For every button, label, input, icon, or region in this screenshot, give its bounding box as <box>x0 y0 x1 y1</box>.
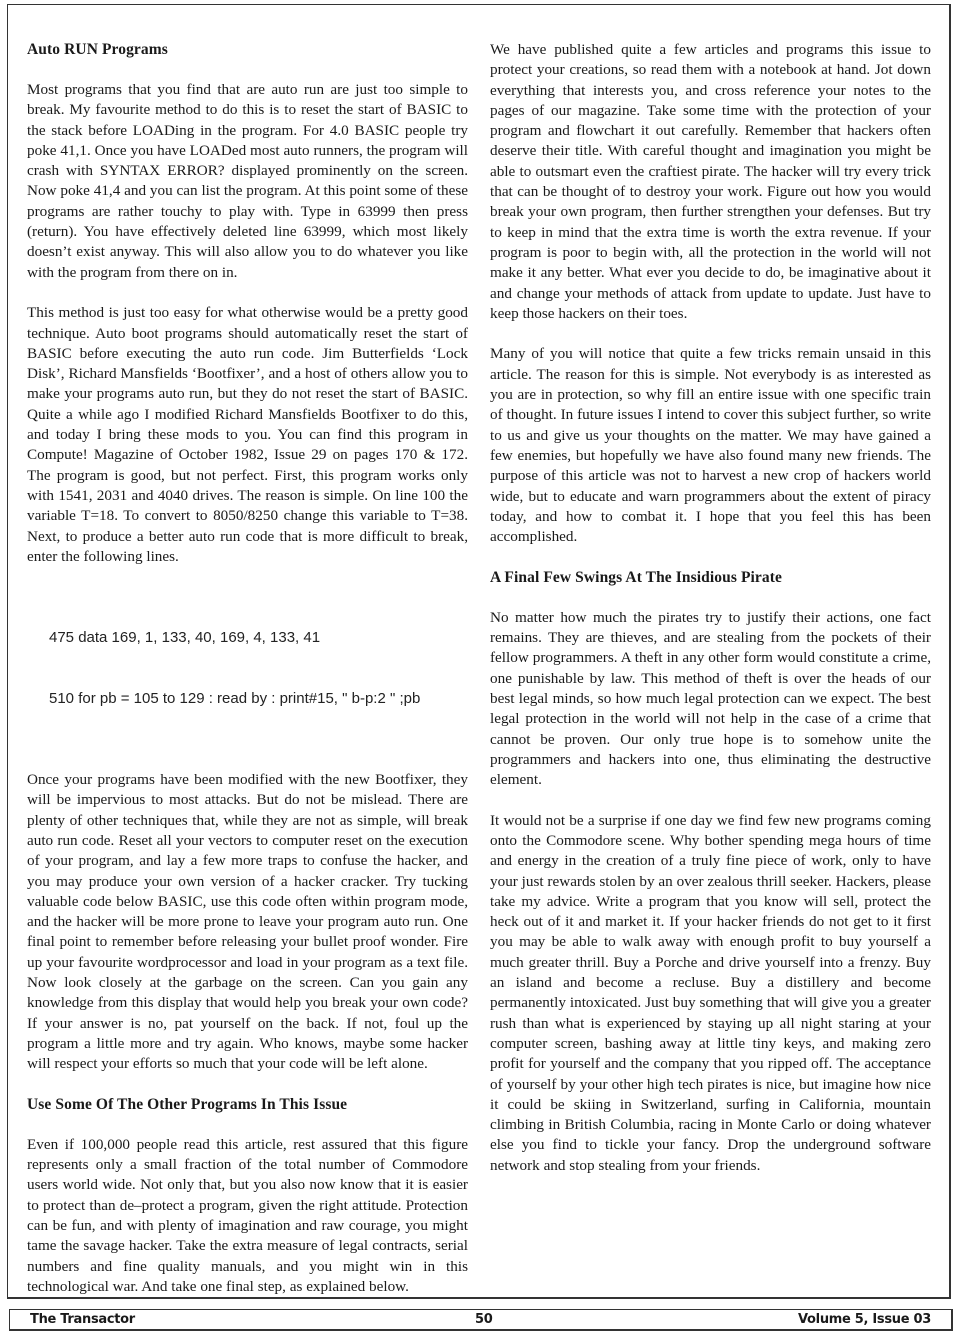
section-heading-insidious-pirate: A Final Few Swings At The Insidious Pira… <box>490 568 931 588</box>
publication-name: The Transactor <box>30 1312 135 1327</box>
right-column: We have published quite a few articles a… <box>490 40 931 1196</box>
paragraph: Once your programs have been modified wi… <box>27 770 468 1074</box>
paragraph: It would not be a surprise if one day we… <box>490 811 931 1176</box>
paragraph: Many of you will notice that quite a few… <box>490 344 931 547</box>
page-number: 50 <box>475 1312 493 1327</box>
code-line: 510 for pb = 105 to 129 : read by : prin… <box>49 689 468 709</box>
section-heading-other-programs: Use Some Of The Other Programs In This I… <box>27 1095 468 1115</box>
page-footer: The Transactor 50 Volume 5, Issue 03 <box>9 1309 953 1331</box>
section-heading-auto-run: Auto RUN Programs <box>27 40 468 60</box>
paragraph: No matter how much the pirates try to ju… <box>490 608 931 791</box>
code-line: 475 data 169, 1, 133, 40, 169, 4, 133, 4… <box>49 628 468 648</box>
paragraph: This method is just too easy for what ot… <box>27 303 468 567</box>
paragraph: We have published quite a few articles a… <box>490 40 931 324</box>
code-listing: 475 data 169, 1, 133, 40, 169, 4, 133, 4… <box>27 587 468 749</box>
left-column: Auto RUN Programs Most programs that you… <box>27 40 468 1318</box>
issue-label: Volume 5, Issue 03 <box>798 1312 931 1327</box>
paragraph: Even if 100,000 people read this article… <box>27 1135 468 1297</box>
paragraph: Most programs that you find that are aut… <box>27 80 468 283</box>
